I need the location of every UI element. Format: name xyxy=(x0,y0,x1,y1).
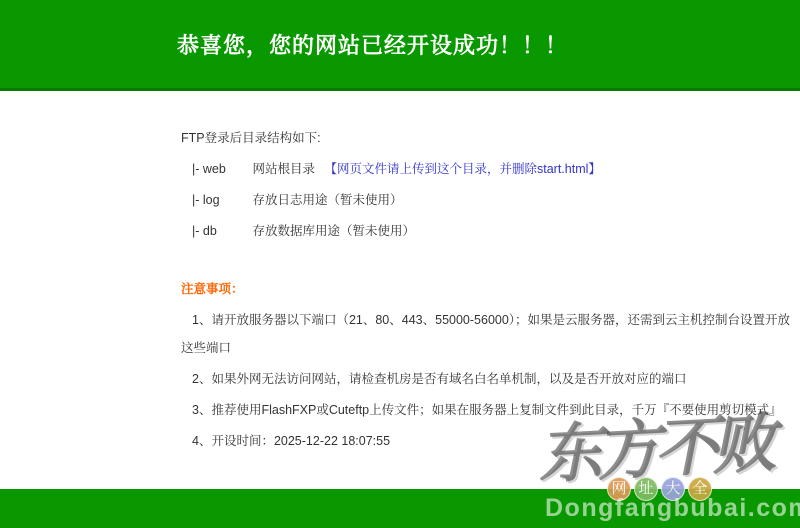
ftp-entry-db-prefix: |- db xyxy=(192,217,249,245)
ftp-entry-db-desc: 存放数据库用途（暂未使用） xyxy=(252,224,415,238)
notice-item-created-time: 4、开设时间：2025-12-22 18:07:55 xyxy=(181,427,792,455)
ftp-structure-intro: FTP登录后目录结构如下: xyxy=(181,124,792,152)
success-banner: 恭喜您，您的网站已经开设成功！！！ xyxy=(0,0,800,91)
notice-item-whitelist: 2、如果外网无法访问网站，请检查机房是否有域名白名单机制，以及是否开放对应的端口 xyxy=(181,365,792,393)
ftp-entry-log-prefix: |- log xyxy=(192,186,249,214)
notice-item-ports: 1、请开放服务器以下端口（21、80、443、55000-56000）；如果是云… xyxy=(181,306,792,362)
ftp-entry-web-prefix: |- web xyxy=(192,155,249,183)
content-area: FTP登录后目录结构如下: |- web 网站根目录 【网页文件请上传到这个目录… xyxy=(0,91,800,489)
ftp-entry-db: |- db 存放数据库用途（暂未使用） xyxy=(181,217,792,245)
start-page: 恭喜您，您的网站已经开设成功！！！ FTP登录后目录结构如下: |- web 网… xyxy=(0,0,800,528)
ftp-entry-web: |- web 网站根目录 【网页文件请上传到这个目录，并删除start.html… xyxy=(181,155,792,183)
footer-band xyxy=(0,489,800,528)
notice-title: 注意事项： xyxy=(181,275,792,303)
upload-instruction-note: 【网页文件请上传到这个目录，并删除start.html】 xyxy=(324,162,600,176)
ftp-entry-log: |- log 存放日志用途（暂未使用） xyxy=(181,186,792,214)
page-title: 恭喜您，您的网站已经开设成功！！！ xyxy=(177,29,623,60)
ftp-entry-web-desc: 网站根目录 xyxy=(252,162,315,176)
notice-item-upload-tools: 3、推荐使用FlashFXP或Cuteftp上传文件；如果在服务器上复制文件到此… xyxy=(181,396,792,424)
ftp-entry-log-desc: 存放日志用途（暂未使用） xyxy=(252,193,402,207)
